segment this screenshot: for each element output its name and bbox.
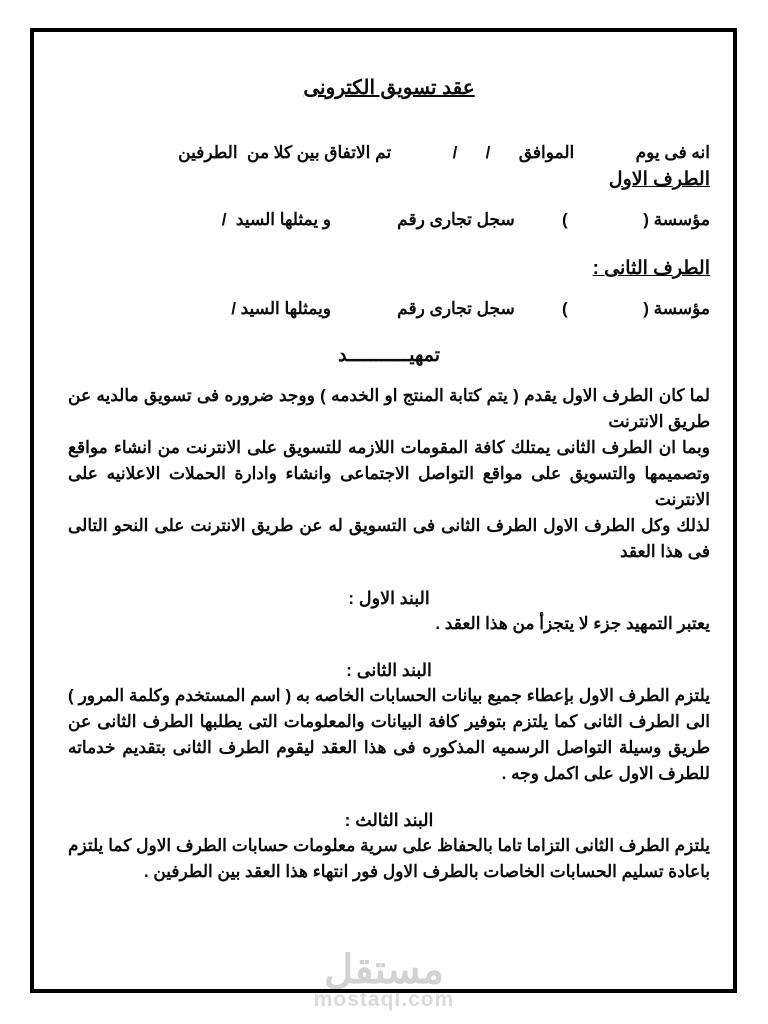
clause3-body: يلتزم الطرف الثانى التزاما تاما بالحفاظ … bbox=[68, 833, 710, 885]
clause1-body: يعتبر التمهيد جزء لا يتجزأ من هذا العقد … bbox=[68, 611, 710, 637]
preamble-heading: تمهيـــــــــــد bbox=[68, 342, 710, 369]
intro-date-line: انه فى يوم الموافق / / تم الاتفاق بين كل… bbox=[68, 140, 710, 166]
preamble-paragraph-2: وبما ان الطرف الثانى يمتلك كافة المقومات… bbox=[68, 435, 710, 513]
party2-heading: الطرف الثانى : bbox=[68, 255, 710, 282]
contract-title: عقد تسويق الكترونى bbox=[68, 74, 710, 102]
preamble-paragraph-1: لما كان الطرف الاول يقدم ( يتم كتابة الم… bbox=[68, 383, 710, 435]
clause2-heading: البند الثانى : bbox=[68, 657, 710, 683]
party2-details-line: مؤسسة ( ) سجل تجارى رقم ويمثلها السيد / bbox=[68, 296, 710, 322]
contract-content: عقد تسويق الكترونى انه فى يوم الموافق / … bbox=[30, 28, 737, 993]
scanned-contract-page: مستقل mostaql.com عقد تسويق الكترونى انه… bbox=[0, 0, 768, 1024]
watermark-domain-text: mostaql.com bbox=[0, 990, 768, 1010]
clause2-body: يلتزم الطرف الاول بإعطاء جميع بيانات الح… bbox=[68, 683, 710, 787]
party1-heading: الطرف الاول bbox=[68, 166, 710, 193]
clause1-heading: البند الاول : bbox=[68, 585, 710, 611]
party1-details-line: مؤسسة ( ) سجل تجارى رقم و يمثلها السيد / bbox=[68, 207, 710, 233]
clause3-heading: البند الثالث : bbox=[68, 807, 710, 833]
preamble-paragraph-3: لذلك وكل الطرف الاول الطرف الثانى فى الت… bbox=[68, 513, 710, 565]
